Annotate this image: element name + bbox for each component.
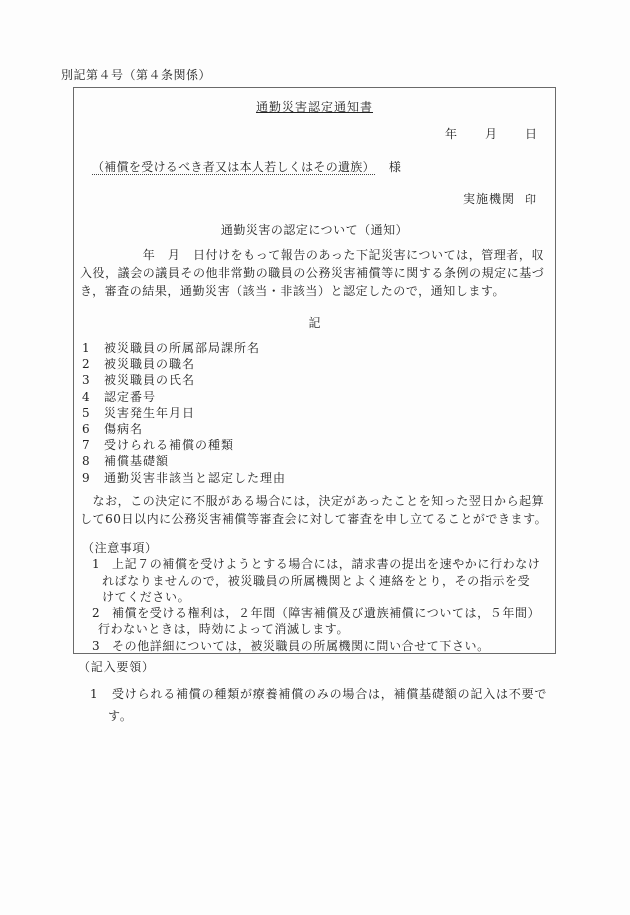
body-line: き，審査の結果，通勤災害（該当・非該当）と認定したので，通知します。	[80, 282, 549, 300]
body-paragraph: 年 月 日付けをもって報告のあった下記災害については，管理者，収 入役，議会の議…	[80, 246, 549, 300]
list-item: 5災害発生年月日	[82, 405, 286, 421]
item-list: 1被災職員の所属部局課所名 2被災職員の職名 3被災職員の氏名 4認定番号 5災…	[82, 340, 286, 486]
instructions-heading: （記入要領）	[78, 657, 547, 677]
issuer-line: 実施機関印	[463, 190, 537, 207]
year-label: 年	[445, 125, 457, 142]
list-item: 2被災職員の職名	[82, 356, 286, 372]
notes-heading: （注意事項）	[82, 540, 540, 556]
body-line: 年 月 日付けをもって報告のあった下記災害については，管理者，収	[80, 246, 549, 264]
date-line: 年月日	[445, 125, 537, 142]
ki-heading: 記	[74, 314, 555, 331]
month-label: 月	[485, 125, 497, 142]
appeal-line: して60日以内に公務災害補償等審査会に対して審査を申し立てることができます。	[80, 510, 547, 528]
list-item: 3被災職員の氏名	[82, 372, 286, 388]
list-item: 1被災職員の所属部局課所名	[82, 340, 286, 356]
note-item: 1上記７の補償を受けようとする場合には，請求書の提出を速やかに行わなけ ればなり…	[84, 556, 540, 605]
list-item: 8補償基礎額	[82, 453, 286, 469]
list-item: 6傷病名	[82, 421, 286, 437]
document-title: 通勤災害認定通知書	[256, 100, 373, 114]
list-item: 4認定番号	[82, 389, 286, 405]
list-item: 9通勤災害非該当と認定した理由	[82, 470, 286, 486]
note-item: 2補償を受ける権利は，２年間（障害補償及び遺族補償については，５年間） 行わない…	[84, 605, 540, 638]
recipient-honorific: 様	[389, 160, 401, 174]
note-item: 3その他詳細については，被災職員の所属機関に問い合せて下さい。	[84, 638, 540, 654]
instructions-section: （記入要領） 1受けられる補償の種類が療養補償のみの場合は，補償基礎額の記入は不…	[78, 657, 547, 727]
recipient-line: （補償を受けるべき者又は本人若しくはその遺族）様	[92, 158, 401, 175]
seal-icon: 印	[525, 191, 537, 207]
issuer-label: 実施機関	[463, 192, 515, 206]
day-label: 日	[525, 125, 537, 142]
form-number: 別記第４号（第４条関係）	[61, 66, 211, 83]
appeal-paragraph: なお，この決定に不服がある場合には，決定があったことを知った翌日から起算 して6…	[80, 492, 547, 528]
subject-line: 通勤災害の認定について（通知）	[74, 221, 555, 238]
appeal-line: なお，この決定に不服がある場合には，決定があったことを知った翌日から起算	[80, 492, 547, 510]
document-title-row: 通勤災害認定通知書	[74, 98, 555, 115]
notice-form-box: 通勤災害認定通知書 年月日 （補償を受けるべき者又は本人若しくはその遺族）様 実…	[73, 87, 556, 654]
body-line: 入役，議会の議員その他非常勤の職員の公務災害補償等に関する条例の規定に基づ	[80, 264, 549, 282]
notes-section: （注意事項） 1上記７の補償を受けようとする場合には，請求書の提出を速やかに行わ…	[84, 540, 540, 654]
recipient-placeholder: （補償を受けるべき者又は本人若しくはその遺族）	[92, 160, 375, 175]
list-item: 7受けられる補償の種類	[82, 437, 286, 453]
instruction-item: 1受けられる補償の種類が療養補償のみの場合は，補償基礎額の記入は不要で す。	[78, 683, 547, 727]
